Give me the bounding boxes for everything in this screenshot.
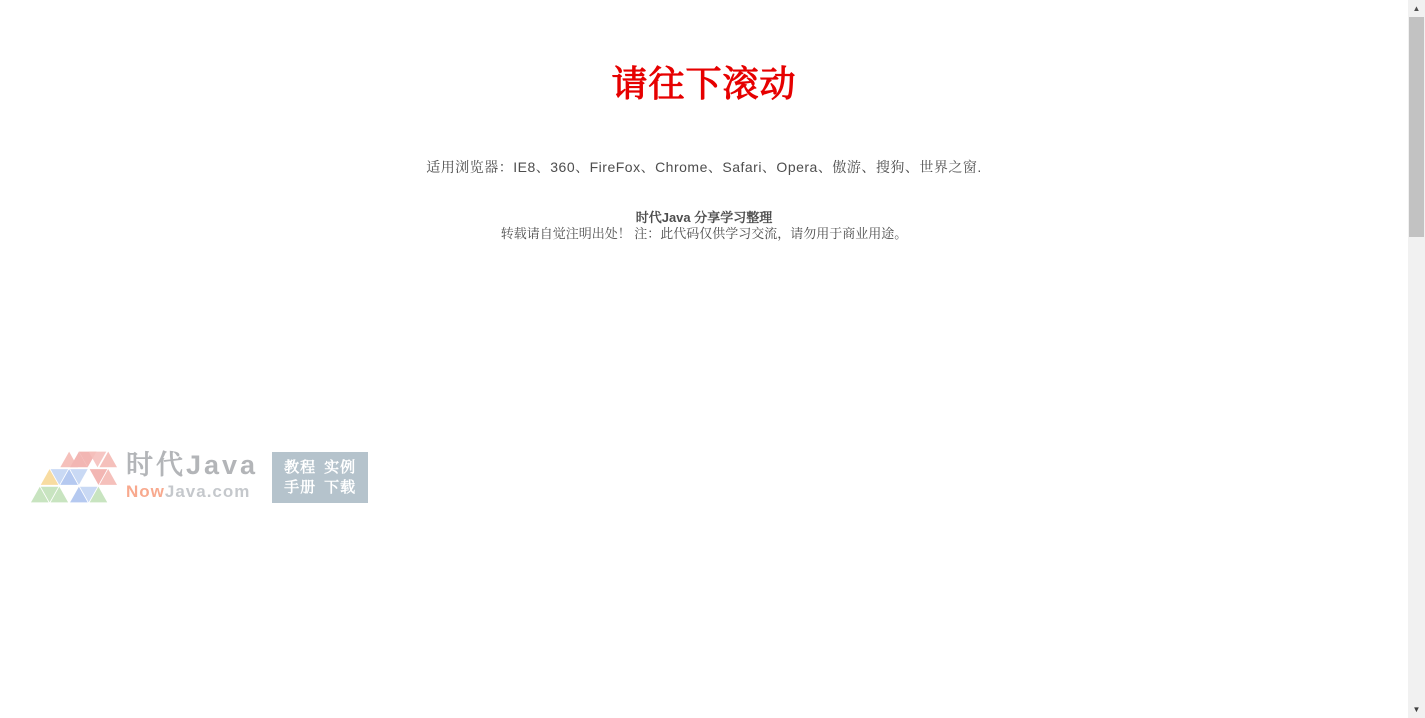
attribution-title: 时代Java 分享学习整理 — [0, 210, 1408, 226]
browser-page: 请往下滚动 适用浏览器：IE8、360、FireFox、Chrome、Safar… — [0, 0, 1425, 718]
main-content: 请往下滚动 适用浏览器：IE8、360、FireFox、Chrome、Safar… — [0, 64, 1408, 242]
menu-item-examples[interactable]: 实例 — [324, 460, 356, 475]
arrow-down-icon: ▼ — [1413, 706, 1421, 714]
triangle-mosaic-logo-icon — [30, 448, 118, 506]
nowjava-logo-block[interactable]: 时代Java NowJava.com 教程 实例 手册 下载 — [30, 448, 368, 506]
scroll-down-button[interactable]: ▼ — [1408, 701, 1425, 718]
logo-subtitle: NowJava.com — [126, 482, 258, 502]
logo-title: 时代Java — [126, 452, 258, 479]
scrollbar-thumb[interactable] — [1409, 17, 1424, 237]
menu-item-downloads[interactable]: 下载 — [324, 480, 356, 495]
logo-subtitle-accent: Now — [126, 482, 165, 501]
logo-subtitle-rest: Java.com — [165, 482, 251, 501]
menu-item-manuals[interactable]: 手册 — [284, 480, 316, 495]
supported-browsers-text: 适用浏览器：IE8、360、FireFox、Chrome、Safari、Oper… — [0, 157, 1408, 177]
arrow-up-icon: ▲ — [1413, 5, 1421, 13]
attribution-note: 转载请自觉注明出处！ 注：此代码仅供学习交流，请勿用于商业用途。 — [0, 226, 1408, 242]
scroll-hint-heading: 请往下滚动 — [0, 64, 1408, 104]
logo-text: 时代Java NowJava.com — [126, 452, 258, 502]
logo-menu-box: 教程 实例 手册 下载 — [272, 452, 368, 503]
menu-item-tutorials[interactable]: 教程 — [284, 460, 316, 475]
vertical-scrollbar[interactable]: ▲ ▼ — [1408, 0, 1425, 718]
scroll-up-button[interactable]: ▲ — [1408, 0, 1425, 17]
